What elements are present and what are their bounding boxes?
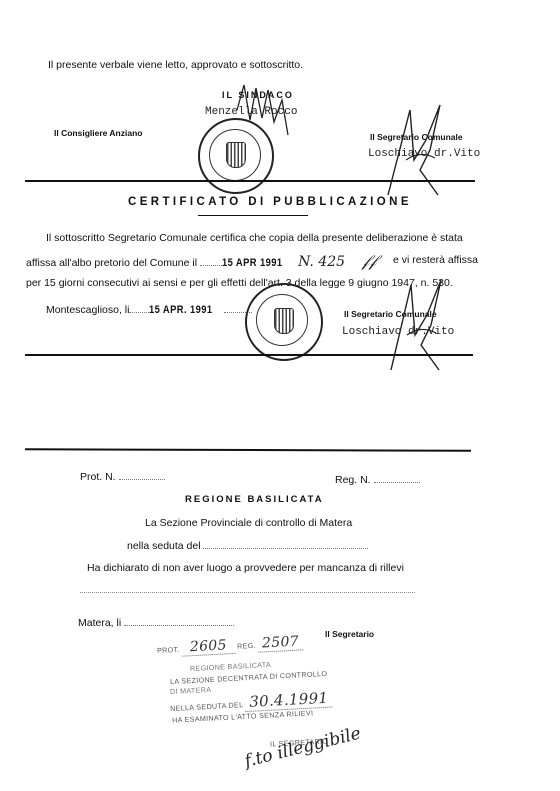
affissione-number: N. 425 — [298, 254, 345, 270]
stamp-line1: REGIONE BASILICATA — [190, 660, 271, 673]
reg-input[interactable] — [374, 473, 420, 483]
title-underline — [198, 215, 308, 216]
initials-scribble: 𝒻𝒻 — [362, 251, 376, 270]
matera-date-input[interactable] — [124, 616, 234, 626]
matera-label: Matera, li — [78, 617, 121, 629]
municipal-seal-icon — [198, 118, 274, 194]
stamp-signature: f.to illeggibile — [243, 724, 363, 772]
stamp-prot-line: PROT. 2605 REG. 2507 — [157, 633, 304, 657]
stamp-reg-label: REG. — [237, 641, 256, 651]
prot-field: Prot. N. — [80, 470, 165, 484]
divider — [25, 448, 471, 451]
place-label: Montescaglioso, li — [46, 304, 129, 316]
stamp-prot-value: 2605 — [182, 637, 236, 657]
prot-input[interactable] — [119, 470, 165, 480]
crest-icon — [274, 308, 294, 334]
stamp-seduta-date: 30.4.1991 — [245, 689, 333, 713]
divider — [25, 354, 473, 356]
certificato-line2: affissa all'albo pretorio del Comune il … — [26, 254, 478, 270]
segretario-signature-2 — [385, 275, 465, 375]
seduta-input[interactable] — [203, 539, 368, 549]
intro-text: Il presente verbale viene letto, approva… — [48, 59, 303, 72]
affissione-date: 15 APR 1991 — [222, 257, 282, 270]
regione-title: REGIONE BASILICATA — [185, 494, 324, 505]
reg-label: Reg. N. — [335, 474, 371, 486]
regione-line3: Ha dichiarato di non aver luogo a provve… — [87, 562, 404, 575]
municipal-seal-icon — [245, 283, 323, 361]
place-date-line: Montescaglioso, li15 APR. 1991 — [46, 303, 252, 317]
divider — [25, 180, 475, 182]
stamp-prot-label: PROT. — [157, 645, 180, 655]
certificato-title: CERTIFICATO DI PUBBLICAZIONE — [128, 196, 412, 208]
certificato-line1: Il sottoscritto Segretario Comunale cert… — [46, 232, 463, 245]
place-date: 15 APR. 1991 — [149, 304, 212, 317]
crest-icon — [226, 142, 246, 168]
line2-pre: affissa all'albo pretorio del Comune il — [26, 257, 197, 269]
regione-line2: nella seduta del — [127, 539, 368, 553]
blank-line[interactable] — [80, 592, 415, 593]
seduta-label: nella seduta del — [127, 540, 201, 552]
prot-label: Prot. N. — [80, 471, 116, 483]
segretario-label-3: Il Segretario — [325, 629, 374, 639]
line2-post: e vi resterà affissa — [393, 254, 478, 267]
stamp-seduta-label: NELLA SEDUTA DEL — [170, 700, 243, 713]
matera-field: Matera, li — [78, 616, 234, 630]
consigliere-label: Il Consigliere Anziano — [54, 128, 142, 138]
regione-line1: La Sezione Provinciale di controllo di M… — [145, 517, 352, 530]
reg-field: Reg. N. — [335, 473, 420, 487]
segretario-signature — [380, 100, 460, 200]
stamp-reg-value: 2507 — [258, 633, 304, 652]
